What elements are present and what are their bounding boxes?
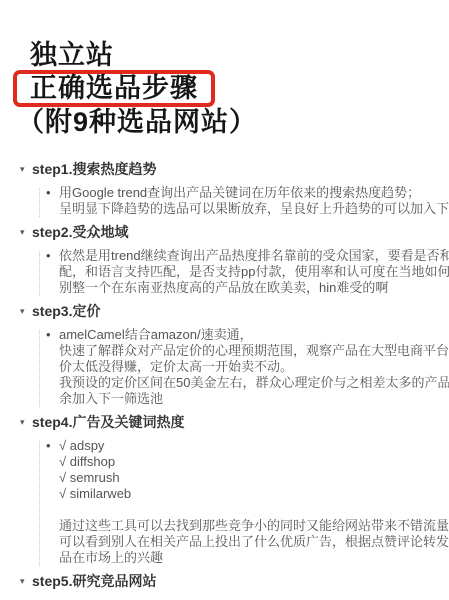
list-item-line: amelCamel结合amazon/速卖通， bbox=[59, 327, 449, 343]
indent-guide-line bbox=[39, 330, 40, 407]
step-content: •√ adspy√ diffshop√ semrush√ similarweb通… bbox=[0, 438, 449, 566]
step-heading: ▾step5.研究竞品网站 bbox=[0, 570, 449, 592]
list-item-line: 品在市场上的兴趣 bbox=[59, 550, 449, 566]
title-highlight-box: 正确选品步骤 bbox=[13, 70, 215, 107]
list-item-line: 呈明显下降趋势的选品可以果断放弃，呈良好上升趋势的可以加入下一个筛选池。 bbox=[59, 201, 449, 217]
outline-step-5: ▾step5.研究竞品网站 bbox=[0, 570, 449, 592]
step-heading: ▾step4.广告及关键词热度 bbox=[0, 411, 449, 433]
step-content: •依然是用trend继续查询出产品热度排名靠前的受众国家，要看是否和物流支持匹配… bbox=[0, 248, 449, 296]
step-heading-label: step1.搜索热度趋势 bbox=[32, 161, 156, 177]
list-item-line: √ diffshop bbox=[59, 454, 449, 470]
title-line-3: （附9种选品网站） bbox=[17, 107, 449, 138]
list-item-line: 快速了解群众对产品定价的心理预期范围，观察产品在大型电商平台的重合度。定 bbox=[59, 343, 449, 359]
list-item-line: 依然是用trend继续查询出产品热度排名靠前的受众国家，要看是否和物流支持匹 bbox=[59, 248, 449, 264]
collapse-triangle-icon[interactable]: ▾ bbox=[20, 158, 25, 180]
list-item-line: √ adspy bbox=[59, 438, 449, 454]
title-line-1: 独立站 bbox=[30, 40, 449, 70]
document-page: 独立站 正确选品步骤 （附9种选品网站） ▾step1.搜索热度趋势•用Goog… bbox=[0, 0, 449, 600]
list-item-line: 用Google trend查询出产品关键词在历年依来的搜索热度趋势； bbox=[59, 185, 449, 201]
list-item-line: 配，和语言支持匹配，是否支持pp付款，使用率和认可度在当地如何 bbox=[59, 264, 449, 280]
outline-step-1: ▾step1.搜索热度趋势•用Google trend查询出产品关键词在历年依来… bbox=[0, 158, 449, 217]
list-item-line: 通过这些工具可以去找到那些竞争小的同时又能给网站带来不错流量的关键词，也 bbox=[59, 518, 449, 534]
collapse-triangle-icon[interactable]: ▾ bbox=[20, 570, 25, 592]
title-line-2-wrap: 正确选品步骤 bbox=[30, 70, 449, 107]
outline: ▾step1.搜索热度趋势•用Google trend查询出产品关键词在历年依来… bbox=[0, 158, 449, 592]
bullet-icon[interactable]: • bbox=[46, 438, 51, 454]
indent-guide-line bbox=[39, 251, 40, 296]
list-item: •√ adspy√ diffshop√ semrush√ similarweb通… bbox=[59, 438, 449, 566]
list-item-line: 可以看到别人在相关产品上投出了什么优质广告，根据点赞评论转发热度来判断产 bbox=[59, 534, 449, 550]
indent-guide-line bbox=[39, 188, 40, 217]
list-item-line: √ similarweb bbox=[59, 486, 449, 502]
outline-step-3: ▾step3.定价•amelCamel结合amazon/速卖通，快速了解群众对产… bbox=[0, 300, 449, 407]
list-item-line bbox=[59, 502, 449, 518]
bullet-icon[interactable]: • bbox=[46, 185, 51, 201]
document-title: 独立站 正确选品步骤 （附9种选品网站） bbox=[0, 40, 449, 138]
collapse-triangle-icon[interactable]: ▾ bbox=[20, 411, 25, 433]
outline-step-2: ▾step2.受众地域•依然是用trend继续查询出产品热度排名靠前的受众国家，… bbox=[0, 221, 449, 296]
list-item-line: 价太低没得赚，定价太高一开始卖不动。 bbox=[59, 359, 449, 375]
collapse-triangle-icon[interactable]: ▾ bbox=[20, 221, 25, 243]
list-item-line: √ semrush bbox=[59, 470, 449, 486]
collapse-triangle-icon[interactable]: ▾ bbox=[20, 300, 25, 322]
outline-step-4: ▾step4.广告及关键词热度•√ adspy√ diffshop√ semru… bbox=[0, 411, 449, 566]
step-content: •amelCamel结合amazon/速卖通，快速了解群众对产品定价的心理预期范… bbox=[0, 327, 449, 407]
step-heading: ▾step1.搜索热度趋势 bbox=[0, 158, 449, 180]
list-item-line: 余加入下一筛选池 bbox=[59, 391, 449, 407]
bullet-icon[interactable]: • bbox=[46, 327, 51, 343]
list-item-line: 我预设的定价区间在50美金左右，群众心理定价与之相差太多的产品果断放弃，其 bbox=[59, 375, 449, 391]
list-item: •用Google trend查询出产品关键词在历年依来的搜索热度趋势；呈明显下降… bbox=[59, 185, 449, 217]
step-heading: ▾step3.定价 bbox=[0, 300, 449, 322]
list-item: •amelCamel结合amazon/速卖通，快速了解群众对产品定价的心理预期范… bbox=[59, 327, 449, 407]
step-heading-label: step2.受众地域 bbox=[32, 224, 128, 240]
step-content: •用Google trend查询出产品关键词在历年依来的搜索热度趋势；呈明显下降… bbox=[0, 185, 449, 217]
list-item-line: 别整一个在东南亚热度高的产品放在欧美卖，hin难受的啊 bbox=[59, 280, 449, 296]
list-item: •依然是用trend继续查询出产品热度排名靠前的受众国家，要看是否和物流支持匹配… bbox=[59, 248, 449, 296]
step-heading-label: step5.研究竞品网站 bbox=[32, 573, 156, 589]
bullet-icon[interactable]: • bbox=[46, 248, 51, 264]
step-heading-label: step4.广告及关键词热度 bbox=[32, 414, 184, 430]
step-heading: ▾step2.受众地域 bbox=[0, 221, 449, 243]
indent-guide-line bbox=[39, 441, 40, 566]
title-line-2: 正确选品步骤 bbox=[30, 73, 198, 103]
step-heading-label: step3.定价 bbox=[32, 303, 100, 319]
